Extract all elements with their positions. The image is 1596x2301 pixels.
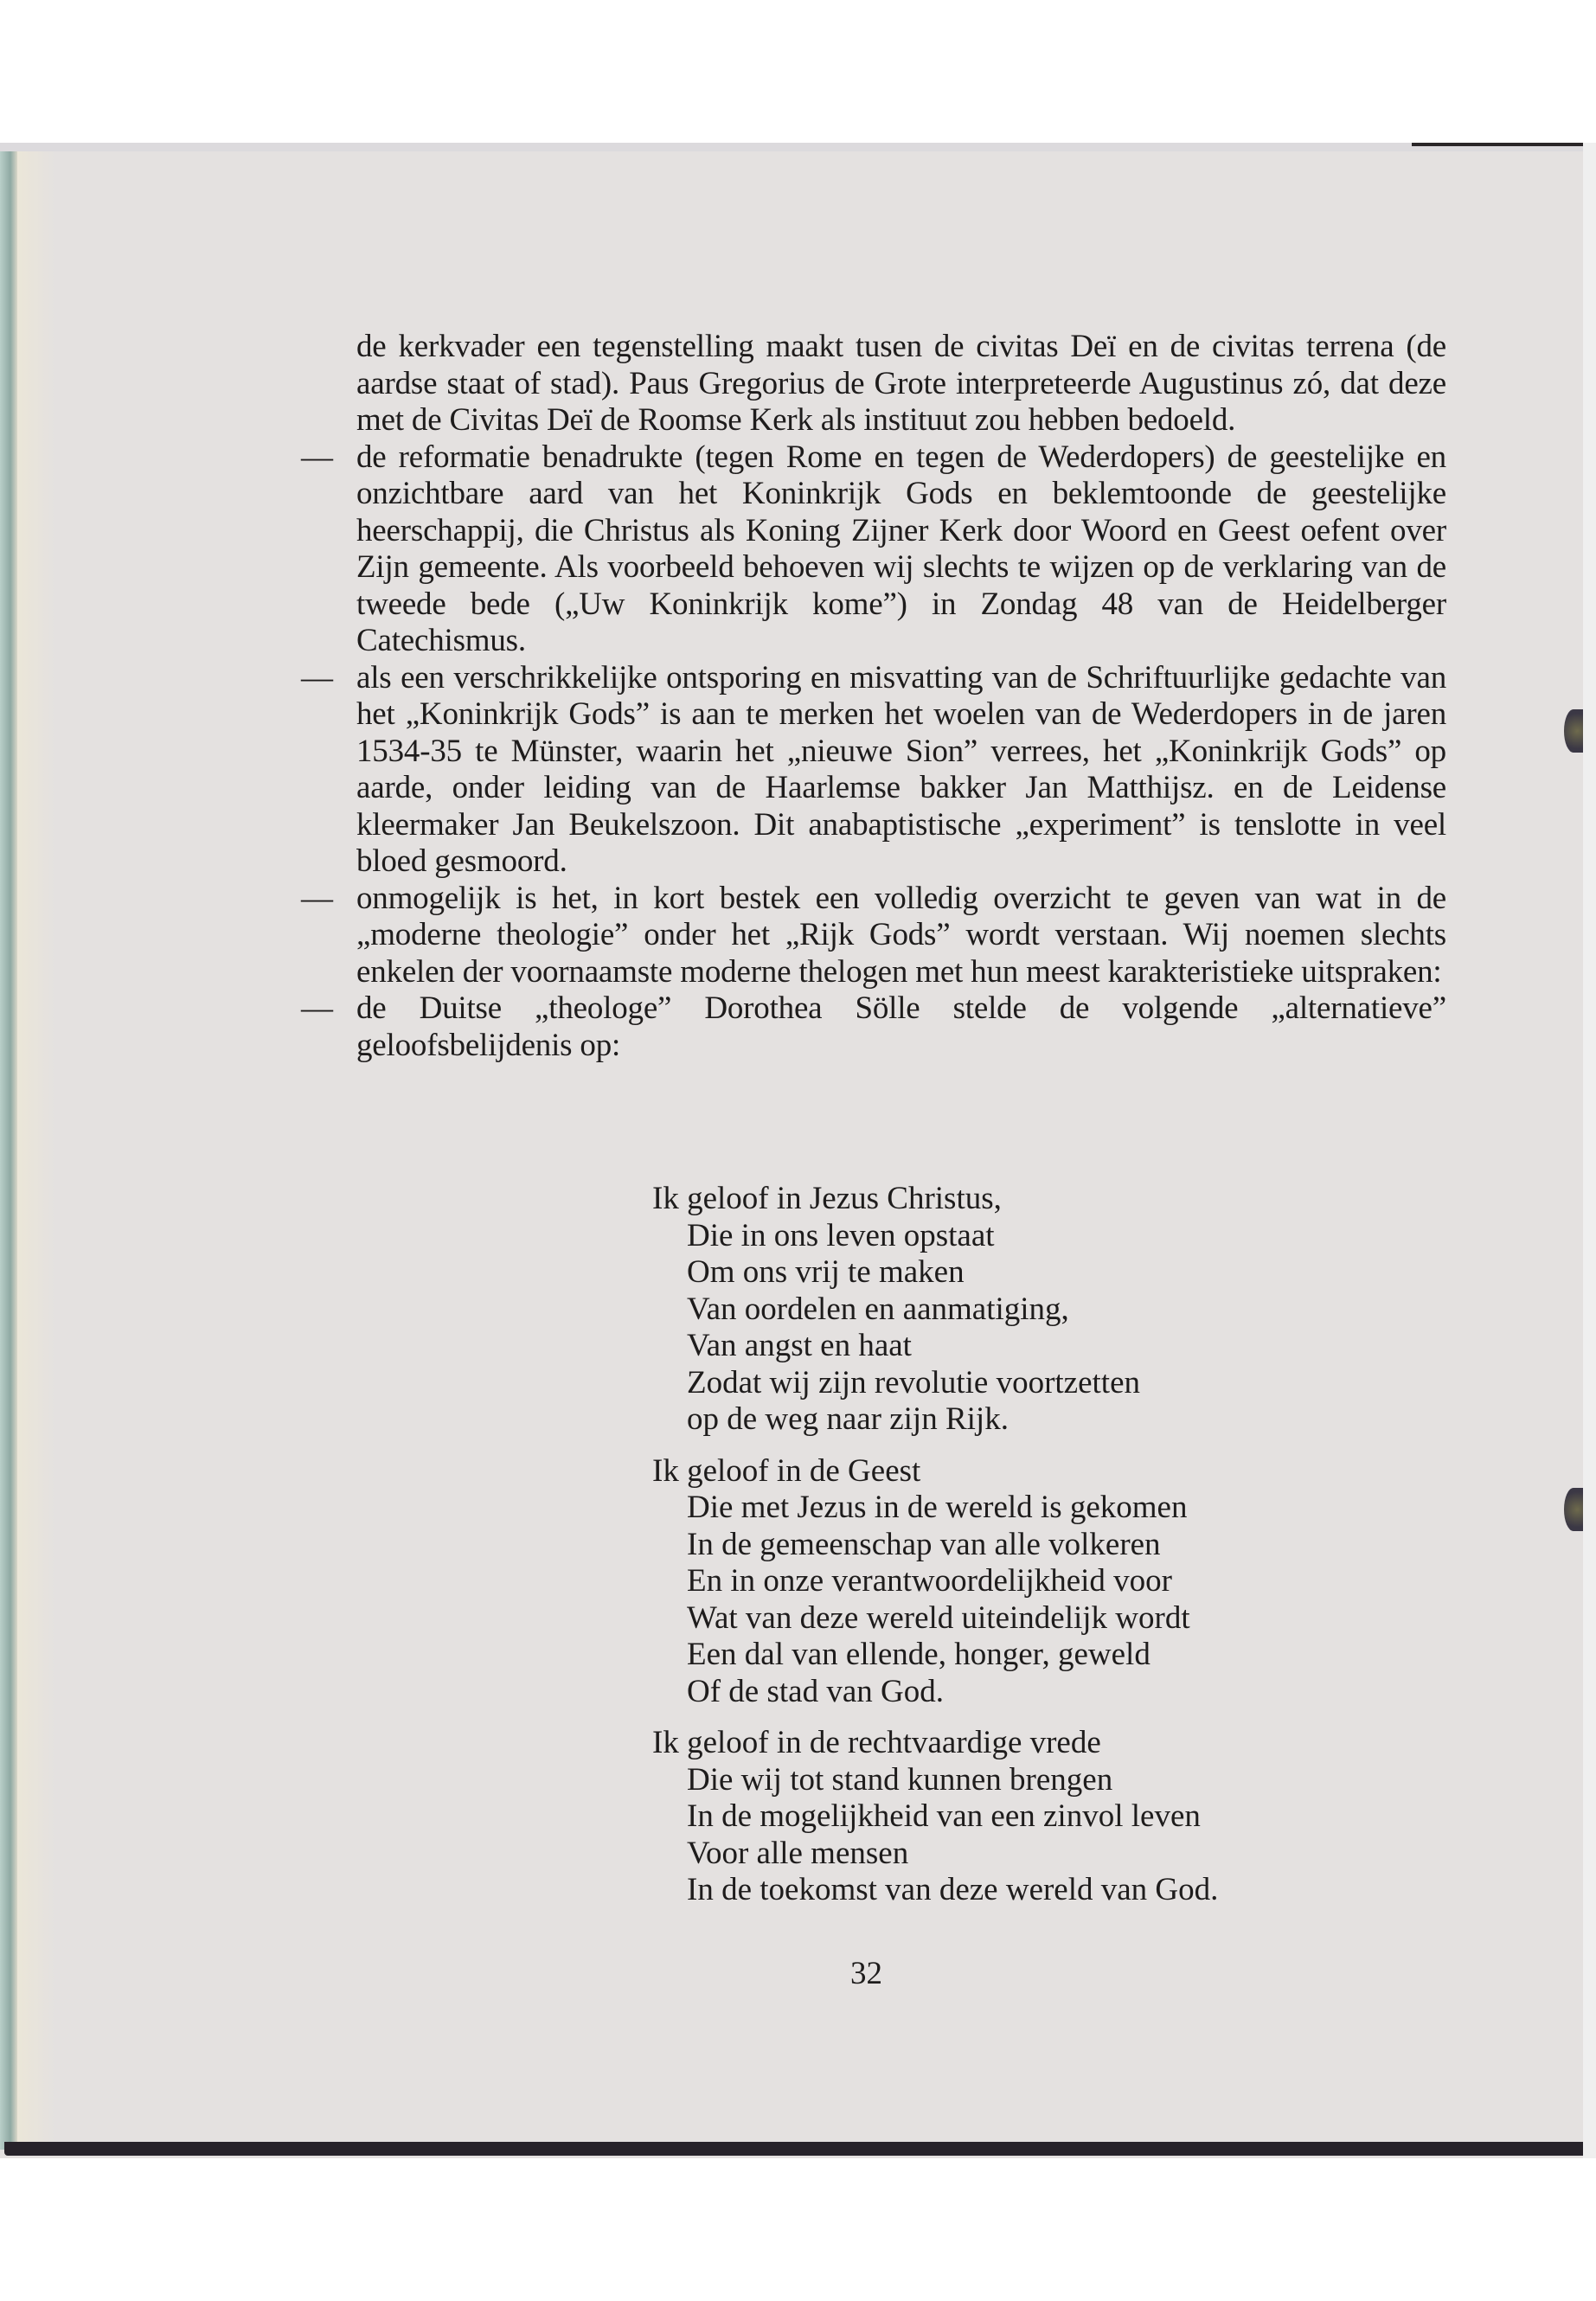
poem-line: Van oordelen en aanmatiging,	[652, 1292, 1218, 1329]
binding-shade	[17, 151, 56, 2150]
page-top-shadow	[1412, 143, 1585, 146]
poem-line: En in onze verantwoordelijkheid voor	[652, 1563, 1218, 1600]
page-right-margin	[1583, 143, 1596, 2158]
poem-line: Van angst en haat	[652, 1328, 1218, 1365]
poem-line: Zodat wij zijn revolutie voortzetten	[652, 1365, 1218, 1402]
poem-stanza: Ik geloof in Jezus Christus, Die in ons …	[652, 1181, 1218, 1439]
paragraph: — onmogelijk is het, in kort bestek een …	[356, 881, 1446, 991]
poem-line: op de weg naar zijn Rijk.	[652, 1401, 1218, 1439]
poem-line: In de mogelijkheid van een zinvol leven	[652, 1798, 1218, 1836]
paragraph-text: onmogelijk is het, in kort bestek een vo…	[356, 881, 1446, 990]
poem-line: Wat van deze wereld uiteindelijk wordt	[652, 1600, 1218, 1638]
poem-stanza: Ik geloof in de rechtvaardige vrede Die …	[652, 1725, 1218, 1909]
page-number: 32	[850, 1955, 882, 1992]
em-dash-bullet: —	[301, 881, 333, 918]
em-dash-bullet: —	[301, 439, 333, 477]
body-text: de kerkvader een tegenstelling maakt tus…	[356, 329, 1446, 1064]
poem-line: Of de stad van God.	[652, 1674, 1218, 1711]
paragraph-text: de Duitse „theologe” Dorothea Sölle stel…	[356, 990, 1446, 1063]
binding-edge	[0, 151, 17, 2150]
poem-line: In de gemeenschap van alle volkeren	[652, 1527, 1218, 1564]
paragraph: — de reformatie benadrukte (tegen Rome e…	[356, 439, 1446, 660]
stanza-first-line: Ik geloof in de rechtvaardige vrede	[652, 1725, 1218, 1762]
poem-line: Die in ons leven opstaat	[652, 1218, 1218, 1255]
poem-line: In de toekomst van deze wereld van God.	[652, 1872, 1218, 1909]
stanza-first-line: Ik geloof in Jezus Christus,	[652, 1181, 1218, 1218]
poem-line: Om ons vrij te maken	[652, 1254, 1218, 1292]
punch-hole-lower	[1564, 1488, 1583, 1531]
page-bottom-edge	[4, 2142, 1583, 2156]
page-top-edge	[0, 143, 1583, 151]
em-dash-bullet: —	[301, 660, 333, 697]
poem-line: Die wij tot stand kunnen brengen	[652, 1762, 1218, 1799]
stanza-first-line: Ik geloof in de Geest	[652, 1453, 1218, 1490]
paragraph: — als een verschrikkelijke ontsporing en…	[356, 660, 1446, 881]
paragraph: de kerkvader een tegenstelling maakt tus…	[356, 329, 1446, 439]
poem-line: Voor alle mensen	[652, 1836, 1218, 1873]
paragraph-text: als een verschrikkelijke ontsporing en m…	[356, 660, 1446, 880]
creed-poem: Ik geloof in Jezus Christus, Die in ons …	[652, 1181, 1218, 1924]
punch-hole-upper	[1564, 709, 1583, 753]
poem-line: Een dal van ellende, honger, geweld	[652, 1637, 1218, 1674]
em-dash-bullet: —	[301, 990, 333, 1028]
paragraph: — de Duitse „theologe” Dorothea Sölle st…	[356, 990, 1446, 1064]
poem-stanza: Ik geloof in de Geest Die met Jezus in d…	[652, 1453, 1218, 1711]
paragraph-text: de reformatie benadrukte (tegen Rome en …	[356, 439, 1446, 659]
paragraph-text: de kerkvader een tegenstelling maakt tus…	[356, 329, 1446, 438]
poem-line: Die met Jezus in de wereld is gekomen	[652, 1490, 1218, 1527]
